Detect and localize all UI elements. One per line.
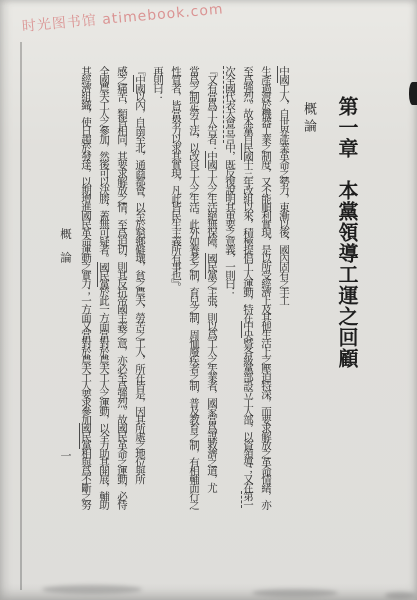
- scan-ink-blob: [409, 82, 417, 105]
- scan-smudge: [252, 589, 338, 597]
- scan-smudge: [42, 585, 142, 594]
- body-column: 當爲之制定勞工法，以改良工人之生活。此外如養老之制，育兒之制，周恤廢疾者之制，普…: [185, 66, 203, 522]
- body-column: 再則曰：: [149, 66, 167, 522]
- body-column: 『中國以內，自南至北，通商都會，以至於窮鄉僻壤，貧之農夫，勞苦之工人，所在皆是，…: [131, 66, 149, 522]
- body-column: 至爲強烈。故本黨自民國十三年改組以來，積極提倡工人運動，特在中央暨各級黨部設立工…: [239, 66, 257, 522]
- body-column: 次全國代表大會宣言中，既反復說明其重要之意義，一則曰：: [221, 66, 239, 522]
- body-column: 全國農夫工人之參加，然後可以決勝，蓋無可疑者。國民黨於此一方面當對於農夫工人之運…: [95, 66, 113, 522]
- body-column: 其經濟組織，使日趨於發達，以期增進國民革命運動之實力；一方面又當對於農夫工人要求…: [77, 66, 95, 522]
- body-columns: 中國工人，自世界產業革命之勢力，東漸以後，國內固有之手工生產過渡於機器工業之制度…: [77, 66, 293, 522]
- chapter-title: 第一章 本黨領導工運之回顧: [333, 96, 362, 369]
- footer-section-label: 概論: [58, 228, 74, 275]
- page-number: 一: [57, 450, 73, 461]
- scanned-book-page: 时光图书馆 atimebook.com 第一章 本黨領導工運之回顧 概論 中國工…: [0, 0, 417, 600]
- scan-gutter-line: [20, 42, 22, 590]
- body-column: 性質者，皆當努力以求其實現，凡此皆民生主義所有事也』。: [167, 66, 185, 522]
- body-column: 中國工人，自世界產業革命之勢力，東漸以後，國內固有之手工: [275, 66, 293, 522]
- scan-smudge: [385, 592, 415, 599]
- body-column: 生產過渡於機器工業之制度，又不能順利實現，是以所受經濟上及其他生活上之壓迫特深，…: [257, 66, 275, 522]
- body-column: 『又有當爲工人告者：中國工人之生活絕無保障，國民黨之主張，則以爲工人之失業者，國…: [203, 66, 221, 522]
- library-watermark: 时光图书馆 atimebook.com: [21, 0, 224, 36]
- body-column: 感之痛苦，類皆相同，其要求解放之情，至爲迫切，則其反抗帝國主義之意，亦必至爲強烈…: [113, 66, 131, 522]
- section-heading: 概論: [299, 102, 318, 136]
